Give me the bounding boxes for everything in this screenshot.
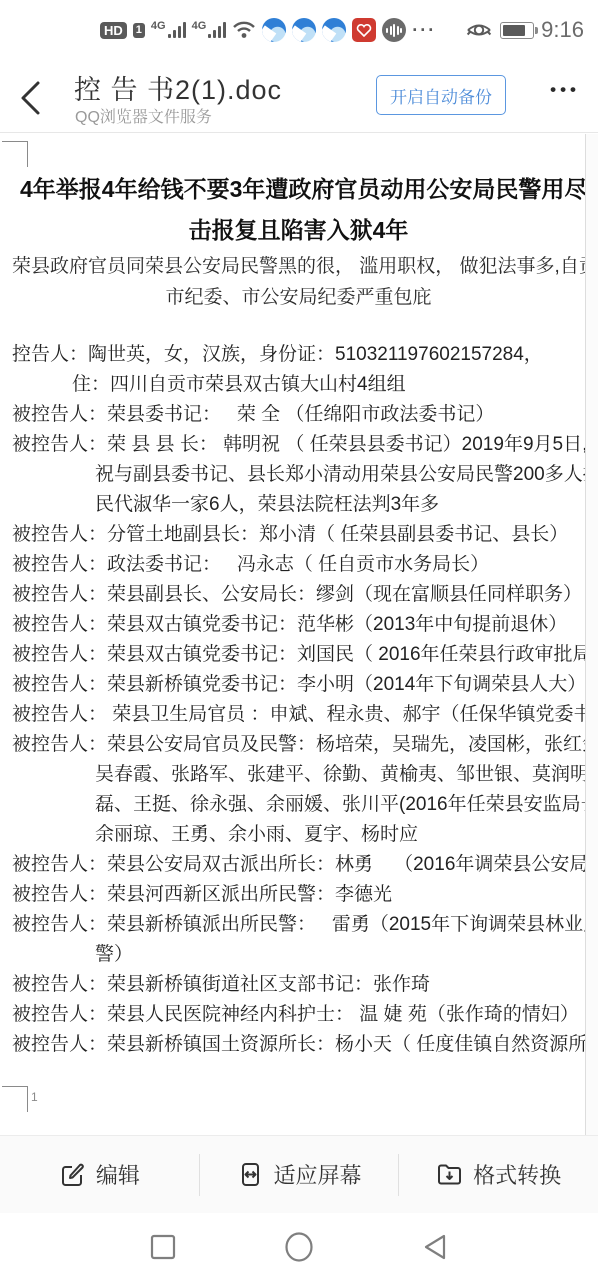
document-viewport[interactable]: 4年举报4年给钱不要3年遭政府官员动用公安局民警用尽各种手段打击报复且陷害入狱4… — [0, 134, 598, 1135]
edit-label: 编辑 — [96, 1159, 140, 1190]
document-line: 磊、王挺、徐永强、余丽媛、张川平(2016年任荣县安监局长) — [0, 790, 585, 820]
qq-browser-app-icon — [292, 18, 316, 42]
document-line: 被控告人：荣县新桥镇党委书记：李小明（2014年下旬调荣县人大） — [0, 670, 585, 700]
page-number-marker: 1 — [31, 1090, 38, 1104]
document-line: 被控告人：荣县双古镇党委书记：刘国民（ 2016年任荣县行政审批局长） — [0, 640, 585, 670]
heart-app-icon — [352, 18, 376, 42]
format-convert-button[interactable]: 格式转换 — [399, 1159, 598, 1190]
home-circle-icon[interactable] — [284, 1232, 314, 1262]
document-subtitle-line: 市纪委、市公安局纪委严重包庇 — [0, 282, 585, 313]
signal-4g-icon: 4G — [192, 22, 227, 38]
document-line: 被控告人：荣县新桥镇国土资源所长：杨小天（ 任度佳镇自然资源所长） — [0, 1030, 585, 1060]
back-button[interactable] — [10, 76, 50, 120]
document-title: 4年举报4年给钱不要3年遭政府官员动用公安局民警用尽各种手段打击报复且陷害入狱4… — [0, 169, 585, 251]
format-convert-icon — [436, 1161, 463, 1188]
qq-browser-app-icon — [262, 18, 286, 42]
auto-backup-button[interactable]: 开启自动备份 — [376, 75, 506, 115]
recents-square-icon[interactable] — [150, 1234, 176, 1260]
more-notifications: ··· — [412, 20, 436, 41]
back-triangle-icon[interactable] — [422, 1233, 448, 1261]
edit-icon — [59, 1161, 86, 1188]
document-line: 被控告人：荣县新桥镇派出所民警： 雷勇（2015年下询调荣县林业局民 — [0, 910, 585, 940]
document-line: 被控告人：荣 县 县 长： 韩明祝 （ 任荣县县委书记）2019年9月5日,韩明 — [0, 430, 585, 460]
document-subtitle: 荣县政府官员同荣县公安局民警黑的很， 滥用职权， 做犯法事多,自贡市纪委、市公安… — [0, 251, 585, 313]
document-line: 被控告人： 荣县卫生局官员 ：申斌、程永贵、郝宇（任保华镇党委书记） — [0, 700, 585, 730]
document-line: 吴春霞、张路军、张建平、徐勤、黄榆夷、邹世银、莫润明、王 — [0, 760, 585, 790]
fit-screen-label: 适应屏幕 — [274, 1159, 362, 1190]
qq-browser-app-icon — [322, 18, 346, 42]
file-source-label: QQ浏览器文件服务 — [75, 104, 212, 127]
android-nav-bar — [0, 1213, 598, 1280]
document-line: 祝与副县委书记、县长郑小清动用荣县公安局民警200多人抓访 — [0, 460, 585, 490]
signal-4g-icon: 4G — [151, 22, 186, 38]
document-line: 被控告人：荣县双古镇党委书记：范华彬（2013年中旬提前退休） — [0, 610, 585, 640]
document-line: 住：四川自贡市荣县双古镇大山村4组组 — [0, 370, 585, 400]
wifi-icon — [232, 20, 256, 40]
document-title-line: 击报复且陷害入狱4年 — [0, 210, 585, 251]
document-line: 被控告人：分管土地副县长：郑小清（ 任荣县副县委书记、县长） — [0, 520, 585, 550]
edit-button[interactable]: 编辑 — [0, 1159, 199, 1190]
document-toolbar: 编辑 适应屏幕 格式转换 — [0, 1135, 598, 1213]
file-title: 控 告 书2(1).doc — [74, 68, 282, 107]
document-line: 被控告人：荣县河西新区派出所民警：李德光 — [0, 880, 585, 910]
clock-time: 9:16 — [541, 17, 584, 43]
document-line: 被控告人：政法委书记： 冯永志（ 任自贡市水务局长） — [0, 550, 585, 580]
voice-app-icon — [382, 18, 406, 42]
fit-screen-button[interactable]: 适应屏幕 — [200, 1159, 399, 1190]
document-line: 余丽琼、王勇、余小雨、夏宇、杨时应 — [0, 820, 585, 850]
page-margin-mark-top — [2, 141, 28, 167]
document-line: 民代淑华一家6人，荣县法院枉法判3年多 — [0, 490, 585, 520]
document-line: 控告人：陶世英，女，汉族，身份证：510321197602157284， — [0, 340, 585, 370]
format-convert-label: 格式转换 — [473, 1159, 561, 1190]
page-margin-mark-bottom — [2, 1086, 28, 1112]
eye-comfort-icon — [465, 19, 493, 41]
document-line: 被控告人：荣县人民医院神经内科护士： 温 婕 苑（张作琦的情妇） — [0, 1000, 585, 1030]
document-line: 被控告人：荣县公安局双古派出所长：林勇 （2016年调荣县公安局） — [0, 850, 585, 880]
document-line: 被控告人：荣县副县长、公安局长：缪剑（现在富顺县任同样职务） — [0, 580, 585, 610]
fit-screen-icon — [237, 1161, 264, 1188]
document-line: 被控告人：荣县公安局官员及民警：杨培荣，吴瑞先，凌国彬，张红剑， — [0, 730, 585, 760]
sim1-badge: 1 — [133, 23, 145, 38]
document-body: 控告人：陶世英，女，汉族，身份证：510321197602157284，住：四川… — [0, 340, 585, 1060]
document-line: 警） — [0, 940, 585, 970]
hd-badge: HD — [100, 22, 127, 39]
document-subtitle-line: 荣县政府官员同荣县公安局民警黑的很， 滥用职权， 做犯法事多,自贡 — [0, 251, 585, 282]
file-viewer-header: 控 告 书2(1).doc QQ浏览器文件服务 开启自动备份 ••• — [0, 60, 598, 133]
document-line: 被控告人：荣县新桥镇街道社区支部书记：张作琦 — [0, 970, 585, 1000]
header-more-button[interactable]: ••• — [550, 80, 580, 100]
document-page: 4年举报4年给钱不要3年遭政府官员动用公安局民警用尽各种手段打击报复且陷害入狱4… — [0, 134, 586, 1135]
battery-icon — [500, 22, 534, 39]
document-title-line: 4年举报4年给钱不要3年遭政府官员动用公安局民警用尽各种手段打 — [0, 169, 585, 210]
status-bar: HD 1 4G 4G ··· — [0, 0, 598, 60]
document-line: 被控告人：荣县委书记： 荣 全 （任绵阳市政法委书记） — [0, 400, 585, 430]
